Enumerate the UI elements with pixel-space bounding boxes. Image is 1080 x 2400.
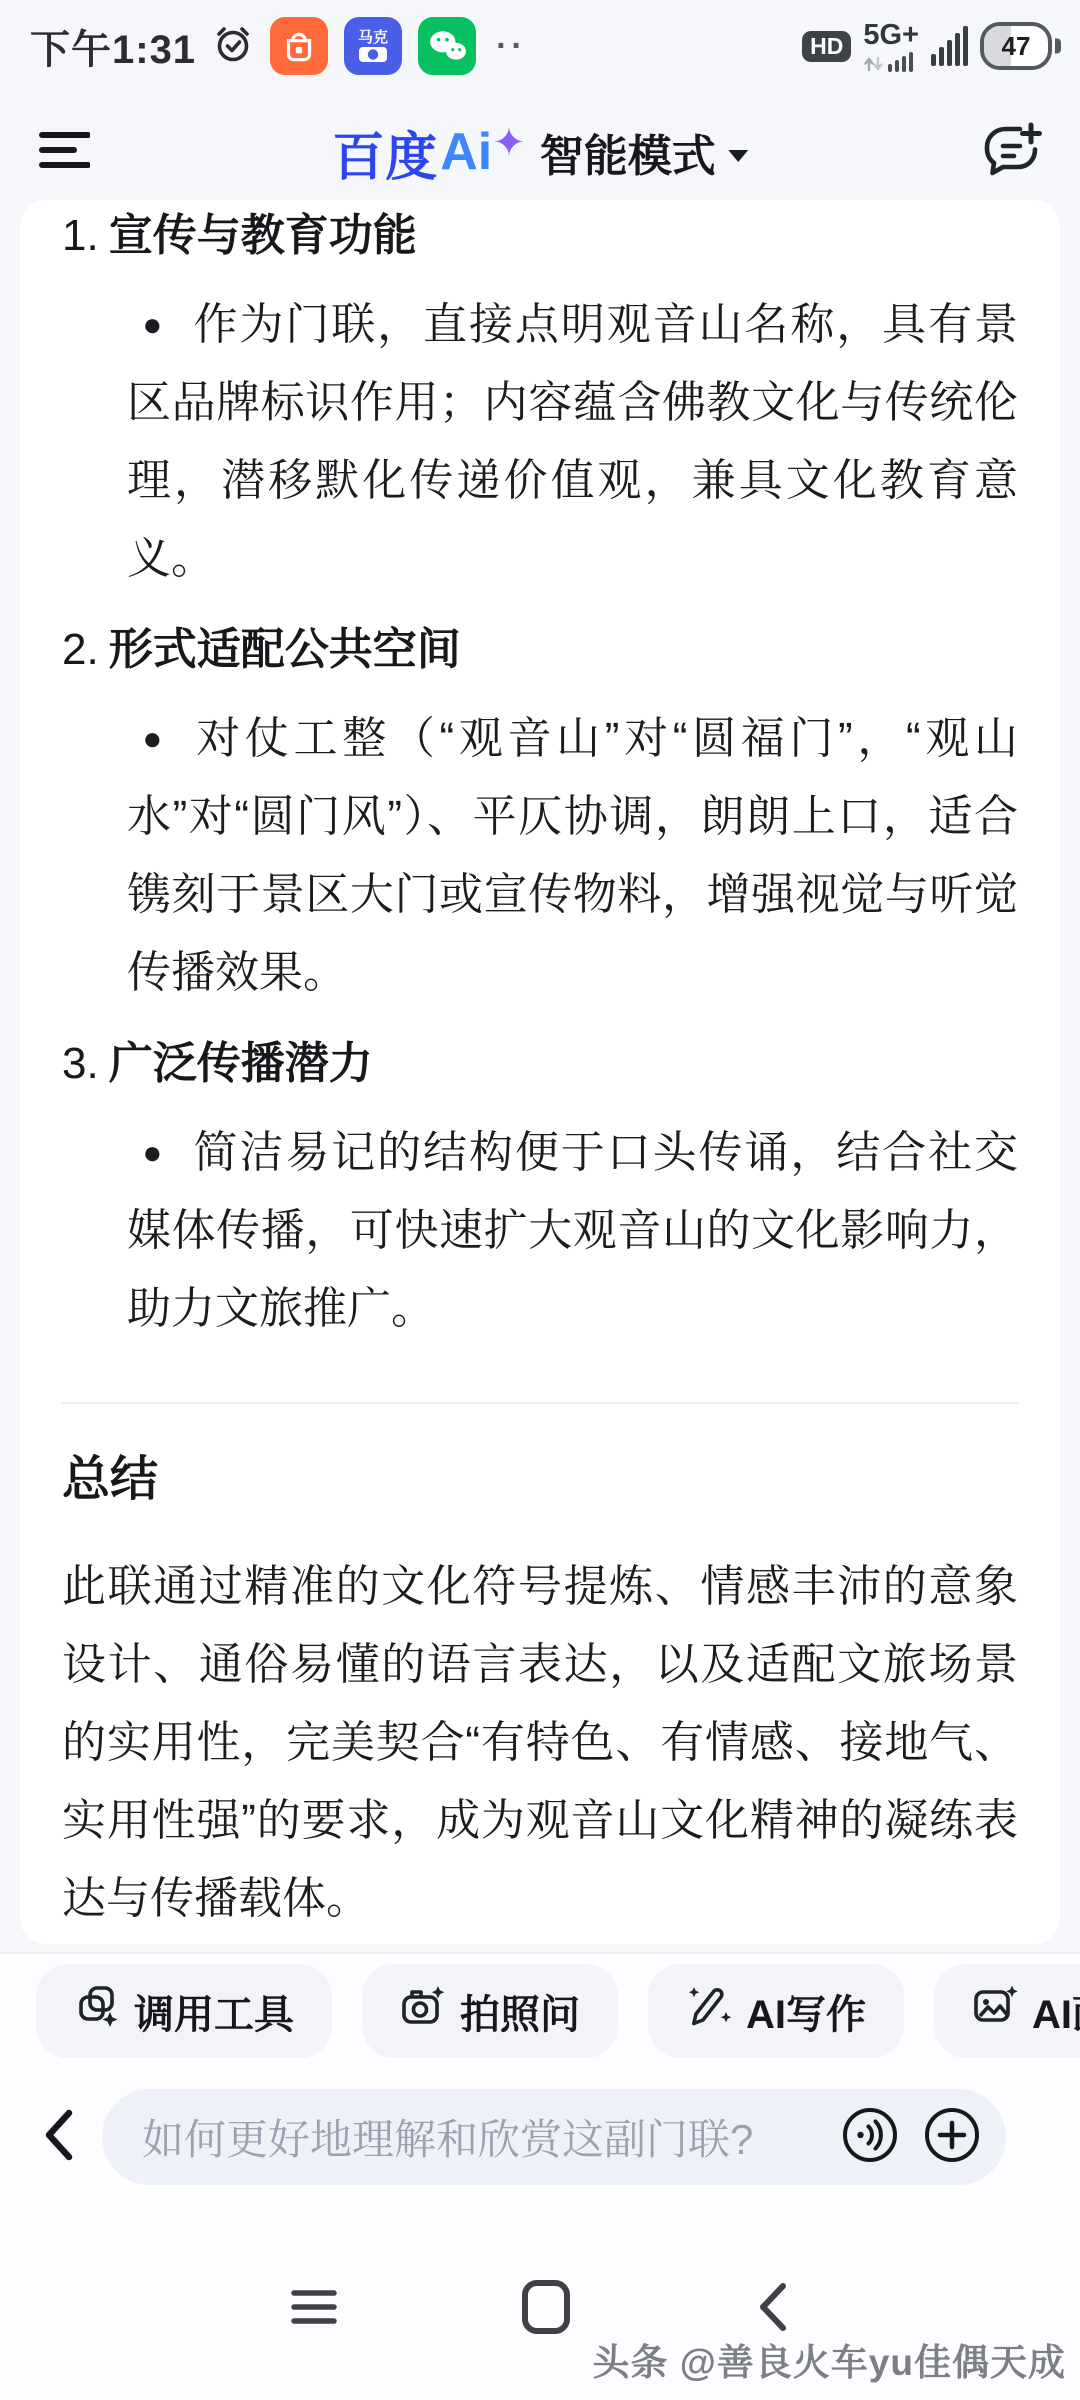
bottom-panel: 调用工具 拍照问 AI写作 AI画图	[0, 1952, 1080, 2400]
section-bullet: ●对仗工整（“观音山”对“圆福门”，“观山水”对“圆门风”）、平仄协调，朗朗上口…	[62, 700, 1018, 1012]
mark-camera-app-icon: 马克	[344, 17, 402, 75]
alarm-icon	[212, 23, 254, 70]
chevron-down-icon	[728, 150, 748, 162]
toutiao-watermark: 头条 @善良火车yu佳偶天成	[592, 2332, 1066, 2386]
tool-button-label: 调用工具	[134, 1983, 294, 2040]
tool-button-photo-ask[interactable]: 拍照问	[362, 1964, 618, 2058]
chat-input[interactable]: 如何更好地理解和欣赏这副门联?	[102, 2089, 1006, 2185]
sparkle-icon: ✦	[492, 120, 526, 166]
section-bullet: ●作为门联，直接点明观音山名称，具有景区品牌标识作用；内容蕴含佛教文化与传统伦理…	[62, 286, 1018, 598]
battery-indicator: 47	[980, 22, 1052, 70]
section-heading: 2. 形式适配公共空间	[62, 622, 1018, 678]
signal-icon	[931, 26, 968, 66]
tool-button-ai-image[interactable]: AI画图	[934, 1964, 1080, 2058]
menu-icon[interactable]	[38, 129, 90, 176]
ai-logo: Ai	[440, 122, 492, 182]
section-number: 3.	[62, 1036, 99, 1092]
section-title: 广泛传播潜力	[109, 1036, 373, 1092]
image-icon	[972, 1983, 1018, 2039]
section-title: 宣传与教育功能	[109, 208, 417, 264]
section-heading: 3. 广泛传播潜力	[62, 1036, 1018, 1092]
tool-button-label: 拍照问	[460, 1983, 580, 2040]
section-number: 2.	[62, 622, 99, 678]
summary-heading: 总结	[62, 1450, 1018, 1510]
mode-selector[interactable]: 百度 Ai ✦ 智能模式	[332, 115, 748, 190]
quick-tools-bar: 调用工具 拍照问 AI写作 AI画图	[0, 1964, 1080, 2058]
signal-sim2-icon	[863, 52, 913, 72]
more-notifications-icon: ··	[496, 27, 527, 66]
bullet-dot: ●	[142, 1124, 162, 1183]
tool-button-label: AI画图	[1032, 1983, 1080, 2040]
section-number: 1.	[62, 208, 99, 264]
pen-icon	[686, 1983, 732, 2039]
battery-percent: 47	[1002, 31, 1031, 62]
input-suggestion-text: 如何更好地理解和欣赏这副门联?	[142, 2107, 840, 2167]
new-chat-icon[interactable]	[980, 119, 1042, 186]
recents-button[interactable]	[290, 2288, 338, 2331]
tool-button-ai-writing[interactable]: AI写作	[648, 1964, 904, 2058]
section-divider	[62, 1402, 1018, 1404]
screen: 下午1:31 马克 ·· HD 5G+	[0, 0, 1080, 2400]
baidu-logo: 百度	[332, 115, 438, 190]
bullet-text: 作为门联，直接点明观音山名称，具有景区品牌标识作用；内容蕴含佛教文化与传统伦理，…	[127, 300, 1018, 583]
bullet-dot: ●	[142, 296, 162, 355]
voice-input-icon[interactable]	[840, 2105, 900, 2170]
input-bar: 如何更好地理解和欣赏这副门联?	[0, 2089, 1080, 2185]
mode-label: 智能模式	[540, 120, 716, 184]
status-bar-right: HD 5G+ 47	[802, 21, 1052, 72]
home-button[interactable]	[520, 2278, 572, 2341]
mark-camera-label: 马克	[358, 30, 388, 46]
tool-button-label: AI写作	[746, 1983, 866, 2040]
hd-volte-badge: HD	[802, 31, 851, 62]
app-header: 百度 Ai ✦ 智能模式	[0, 108, 1080, 196]
answer-card: 1. 宣传与教育功能 ●作为门联，直接点明观音山名称，具有景区品牌标识作用；内容…	[20, 200, 1060, 1944]
bullet-dot: ●	[142, 710, 162, 769]
section-heading: 1. 宣传与教育功能	[62, 208, 1018, 264]
status-bar-left: 下午1:31 马克 ··	[30, 17, 527, 75]
add-attachment-icon[interactable]	[922, 2105, 982, 2170]
network-type: 5G+	[863, 21, 919, 72]
section-title: 形式适配公共空间	[109, 622, 461, 678]
tools-icon	[74, 1983, 120, 2039]
bullet-text: 简洁易记的结构便于口头传诵，结合社交媒体传播，可快速扩大观音山的文化影响力，助力…	[127, 1128, 1018, 1333]
summary-paragraph: 此联通过精准的文化符号提炼、情感丰沛的意象设计、通俗易懂的语言表达，以及适配文旅…	[62, 1548, 1018, 1938]
tool-button-call-tools[interactable]: 调用工具	[36, 1964, 332, 2058]
clock: 下午1:31	[30, 18, 196, 75]
collapse-chevron-icon[interactable]	[40, 2106, 76, 2169]
camera-icon	[400, 1983, 446, 2039]
bullet-text: 对仗工整（“观音山”对“圆福门”，“观山水”对“圆门风”）、平仄协调，朗朗上口，…	[127, 714, 1018, 997]
section-bullet: ●简洁易记的结构便于口头传诵，结合社交媒体传播，可快速扩大观音山的文化影响力，助…	[62, 1114, 1018, 1348]
wechat-icon	[418, 17, 476, 75]
status-bar: 下午1:31 马克 ·· HD 5G+	[0, 0, 1080, 78]
input-actions	[840, 2105, 982, 2170]
back-button[interactable]	[754, 2280, 790, 2339]
app-store-icon	[270, 17, 328, 75]
